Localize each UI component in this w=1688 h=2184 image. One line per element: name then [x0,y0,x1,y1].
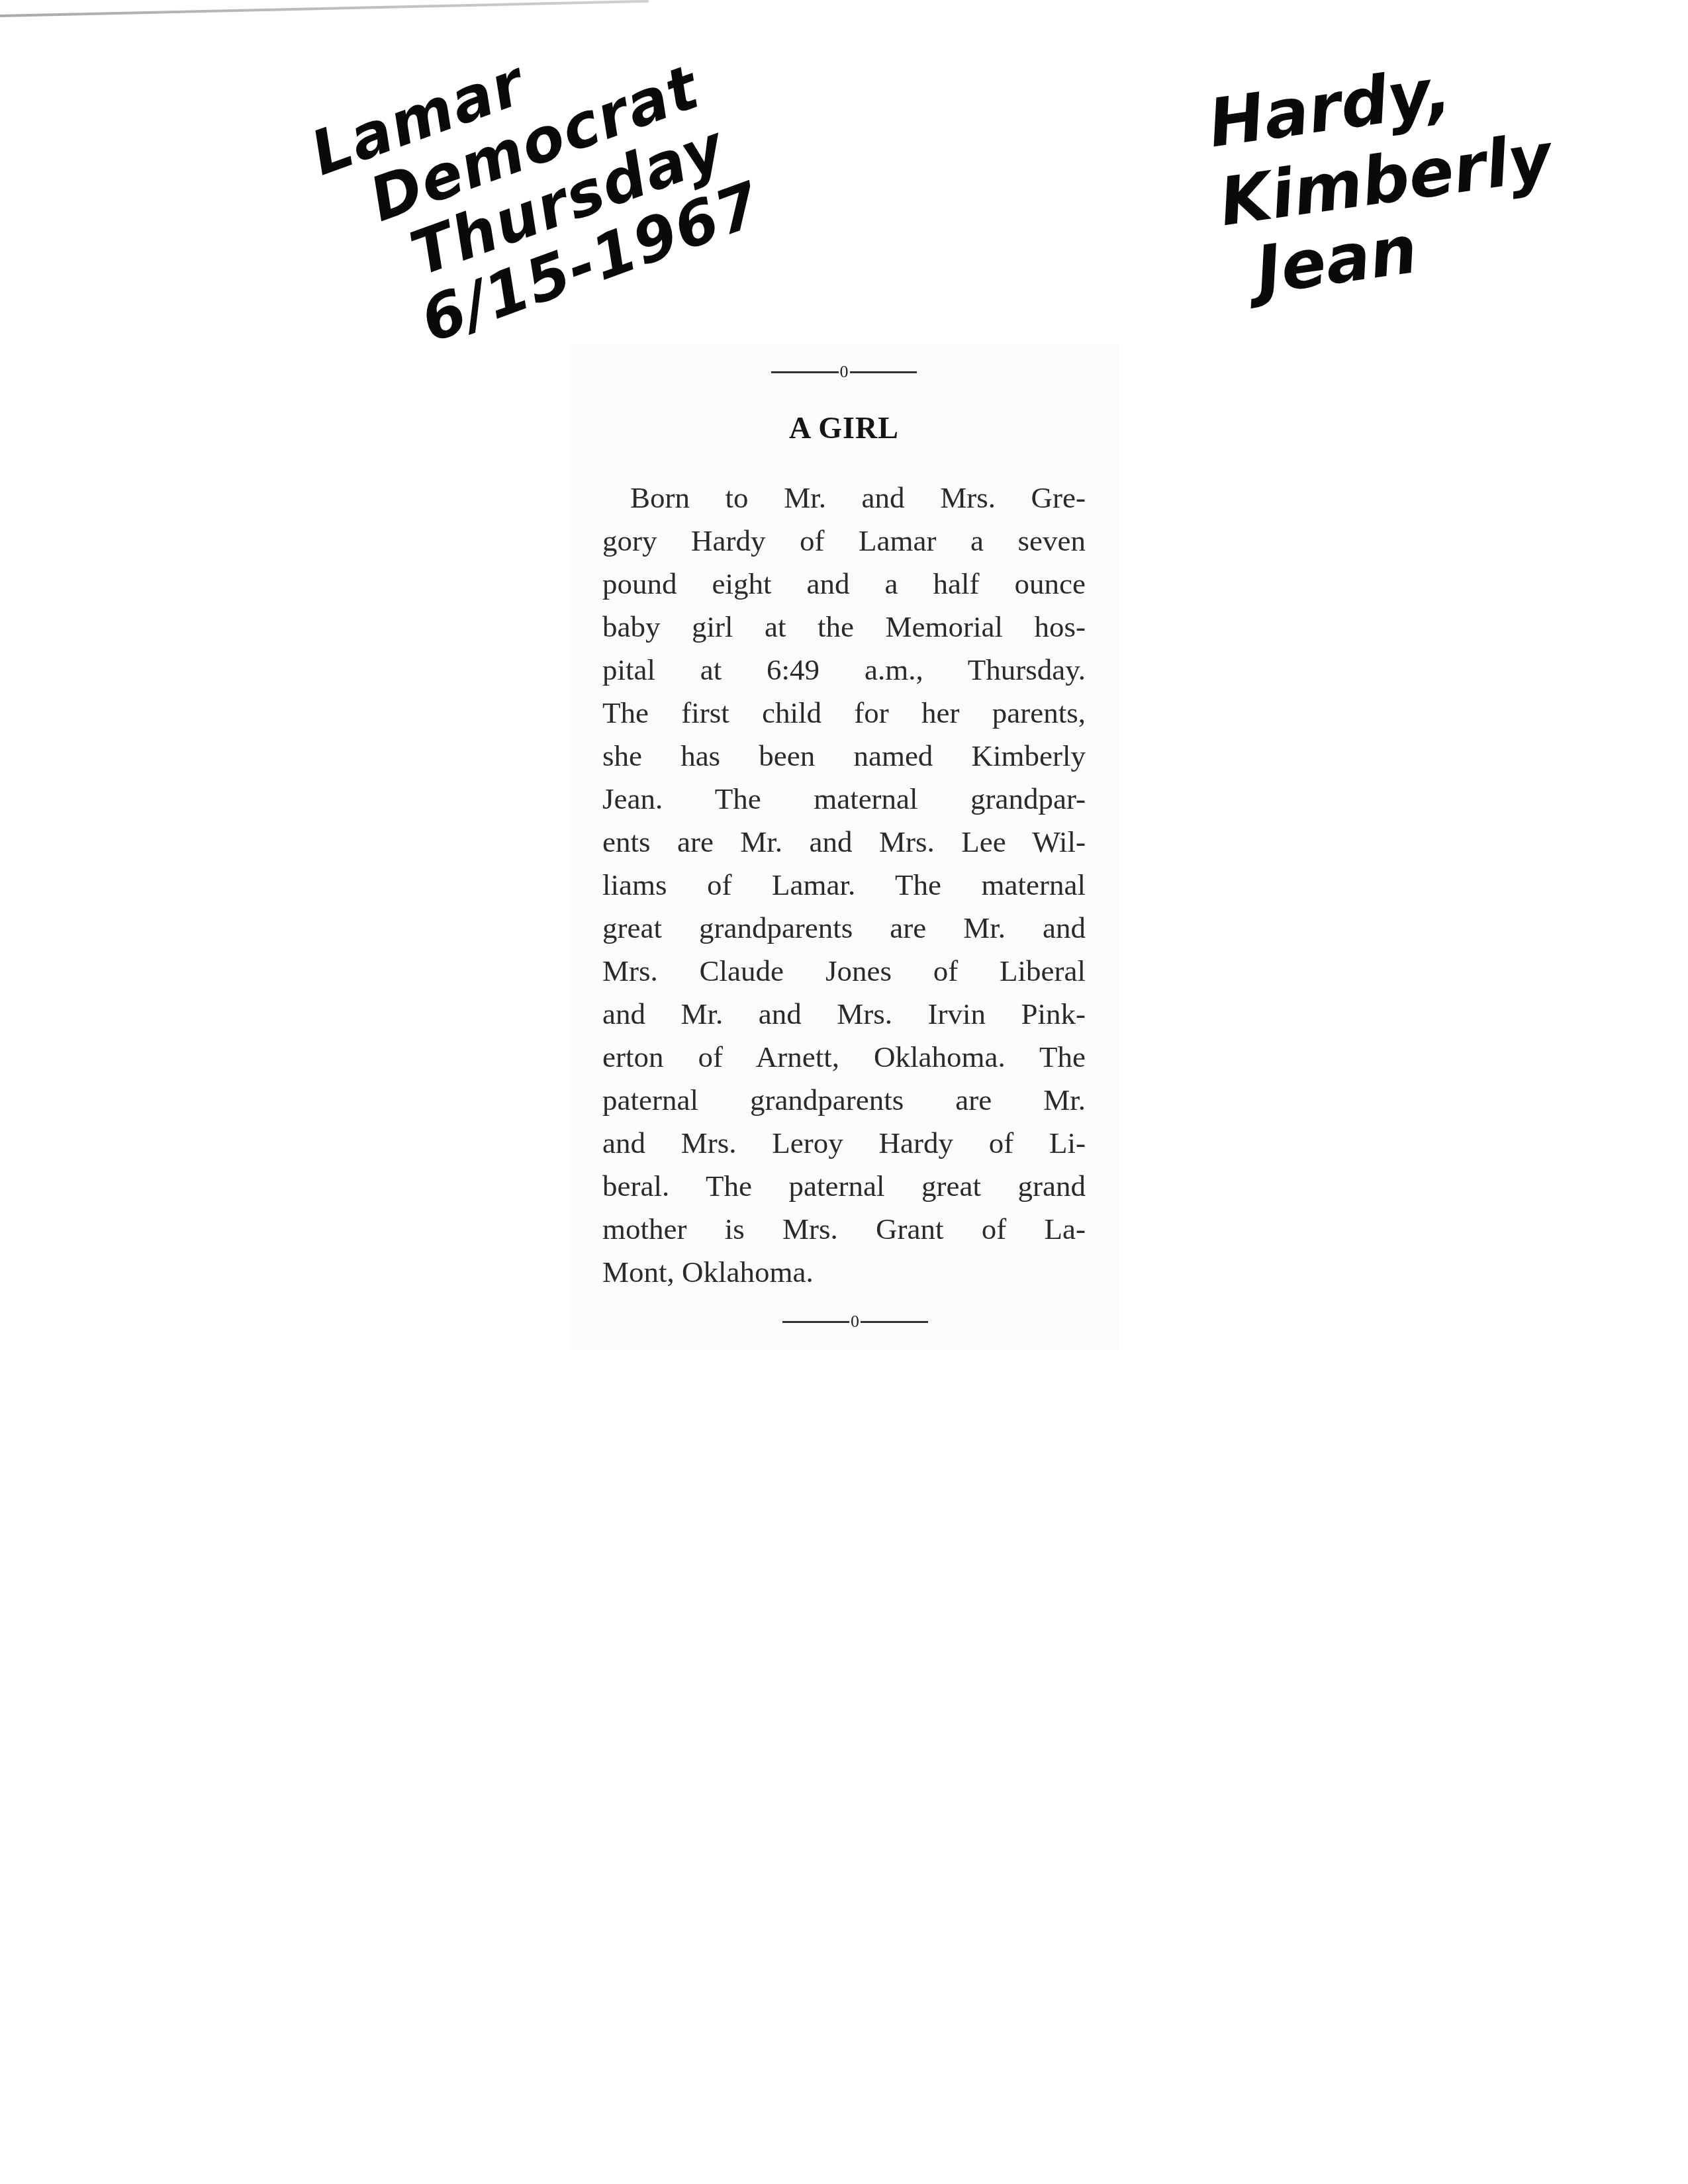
body-line: she has been named Kimberly [602,735,1086,778]
body-line: Jean. The maternal grandpar- [602,778,1086,821]
separator-rule [850,371,917,373]
body-line: beral. The paternal great grand [602,1165,1086,1208]
body-line: pound eight and a half ounce [602,563,1086,606]
newspaper-clipping: 0 A GIRL Born to Mr. and Mrs. Gre- gory … [569,344,1119,1350]
handwritten-name-note: Hardy, Kimberly Jean [1198,45,1566,308]
body-line: mother is Mrs. Grant of La- [602,1208,1086,1251]
body-line: liams of Lamar. The maternal [602,864,1086,907]
body-line: Born to Mr. and Mrs. Gre- [602,477,1086,520]
bottom-separator: 0 [782,1314,928,1330]
clipping-body: Born to Mr. and Mrs. Gre- gory Hardy of … [602,477,1086,1294]
separator-ring-icon: 0 [851,1313,859,1330]
clipping-headline: A GIRL [569,410,1119,445]
body-line: gory Hardy of Lamar a seven [602,520,1086,563]
top-separator: 0 [771,364,917,380]
body-line: ents are Mr. and Mrs. Lee Wil- [602,821,1086,864]
body-line: and Mrs. Leroy Hardy of Li- [602,1122,1086,1165]
separator-rule [782,1321,850,1323]
body-line: baby girl at the Memorial hos- [602,606,1086,649]
body-line: The first child for her parents, [602,692,1086,735]
body-line: pital at 6:49 a.m., Thursday. [602,649,1086,692]
handwritten-source-note: Lamar Democrat Thursday 6/15-1967 [291,0,769,373]
body-line: Mrs. Claude Jones of Liberal [602,950,1086,993]
body-line: erton of Arnett, Oklahoma. The [602,1036,1086,1079]
separator-rule [771,371,839,373]
body-line: great grandparents are Mr. and [602,907,1086,950]
body-line: and Mr. and Mrs. Irvin Pink- [602,993,1086,1036]
separator-ring-icon: 0 [840,363,849,381]
scan-edge-line [0,0,649,17]
separator-rule [861,1321,928,1323]
body-line: Mont, Oklahoma. [602,1251,1086,1294]
body-line: paternal grandparents are Mr. [602,1079,1086,1122]
